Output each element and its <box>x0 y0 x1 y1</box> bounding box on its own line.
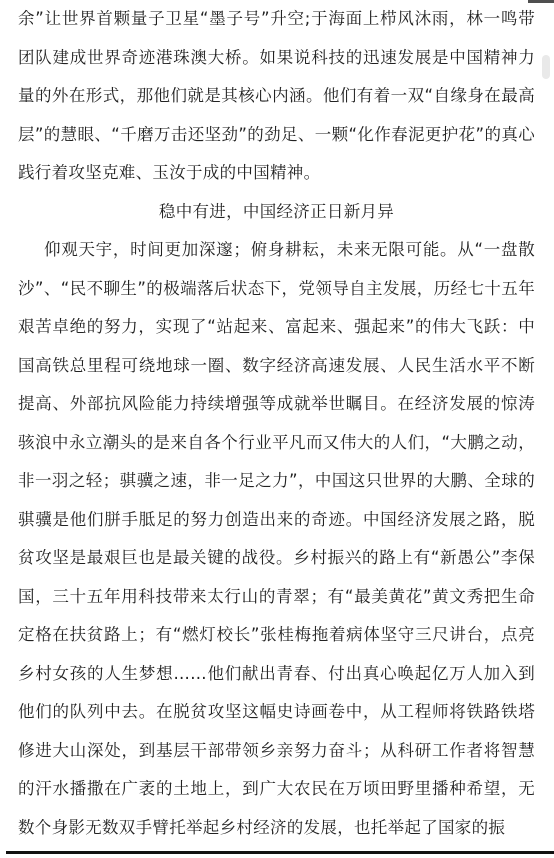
page-bottom-border <box>6 851 554 854</box>
paragraph1-line: 余”让世界首颗量子卫星“墨子号”升空;于海面上栉风沐雨，林一鸣带领 <box>18 0 535 39</box>
paragraph2-line: 提高、外部抗风险能力持续增强等成就举世瞩目。在经济发展的惊涛 <box>18 385 535 424</box>
paragraph2-line: 的汗水播撒在广袤的土地上，到广大农民在万顷田野里播种希望，无 <box>18 770 535 809</box>
paragraph2-line: 修进大山深处，到基层干部带领乡亲努力奋斗；从科研工作者将智慧 <box>18 732 535 771</box>
paragraph2-line: 沙”、“民不聊生”的极端落后状态下，党领导自主发展，历经七十五年 <box>18 270 535 309</box>
paragraph2-line: 国，三十五年用科技带来太行山的青翠；有“最美黄花”黄文秀把生命 <box>18 578 535 617</box>
section-heading: 稳中有进，中国经济正日新月异 <box>18 193 535 232</box>
paragraph2-line: 乡村女孩的人生梦想……他们献出青春、付出真心唤起亿万人加入到 <box>18 655 535 694</box>
paragraph1-line: 践行着攻坚克难、玉汝于成的中国精神。 <box>18 154 535 193</box>
paragraph1-line: 团队建成世界奇迹港珠澳大桥。如果说科技的迅速发展是中国精神力 <box>18 39 535 78</box>
paragraph1-line: 量的外在形式，那他们就是其核心内涵。他们有着一双“自缘身在最高 <box>18 77 535 116</box>
paragraph2-line: 骐骥是他们胼手胝足的努力创造出来的奇迹。中国经济发展之路，脱 <box>18 501 535 540</box>
paragraph2-line: 国高铁总里程可绕地球一圈、数字经济高速发展、人民生活水平不断 <box>18 347 535 386</box>
paragraph2-line: 数个身影无数双手臂托举起乡村经济的发展，也托举起了国家的振 <box>18 809 535 848</box>
paragraph2-line: 仰观天宇，时间更加深邃；俯身耕耘，未来无限可能。从“一盘散 <box>18 231 535 270</box>
essay-text-block: 余”让世界首颗量子卫星“墨子号”升空;于海面上栉风沐雨，林一鸣带领 团队建成世界… <box>18 0 535 847</box>
scrollbar-thumb[interactable] <box>542 55 550 79</box>
paragraph2-line: 非一羽之轻；骐骥之速，非一足之力”，中国这只世界的大鹏、全球的 <box>18 462 535 501</box>
paragraph2-line: 骇浪中永立潮头的是来自各个行业平凡而又伟大的人们，“大鹏之动， <box>18 424 535 463</box>
paragraph2-line: 贫攻坚是最艰巨也是最关键的战役。乡村振兴的路上有“新愚公”李保 <box>18 539 535 578</box>
document-page: 余”让世界首颗量子卫星“墨子号”升空;于海面上栉风沐雨，林一鸣带领 团队建成世界… <box>0 0 554 858</box>
paragraph2-line: 他们的队列中去。在脱贫攻坚这幅史诗画卷中，从工程师将铁路铁塔 <box>18 693 535 732</box>
paragraph1-line: 层”的慧眼、“千磨万击还坚劲”的劲足、一颗“化作春泥更护花”的真心 <box>18 116 535 155</box>
paragraph2-line: 定格在扶贫路上；有“燃灯校长”张桂梅拖着病体坚守三尺讲台，点亮 <box>18 616 535 655</box>
paragraph2-line: 艰苦卓绝的努力，实现了“站起来、富起来、强起来”的伟大飞跃：中 <box>18 308 535 347</box>
